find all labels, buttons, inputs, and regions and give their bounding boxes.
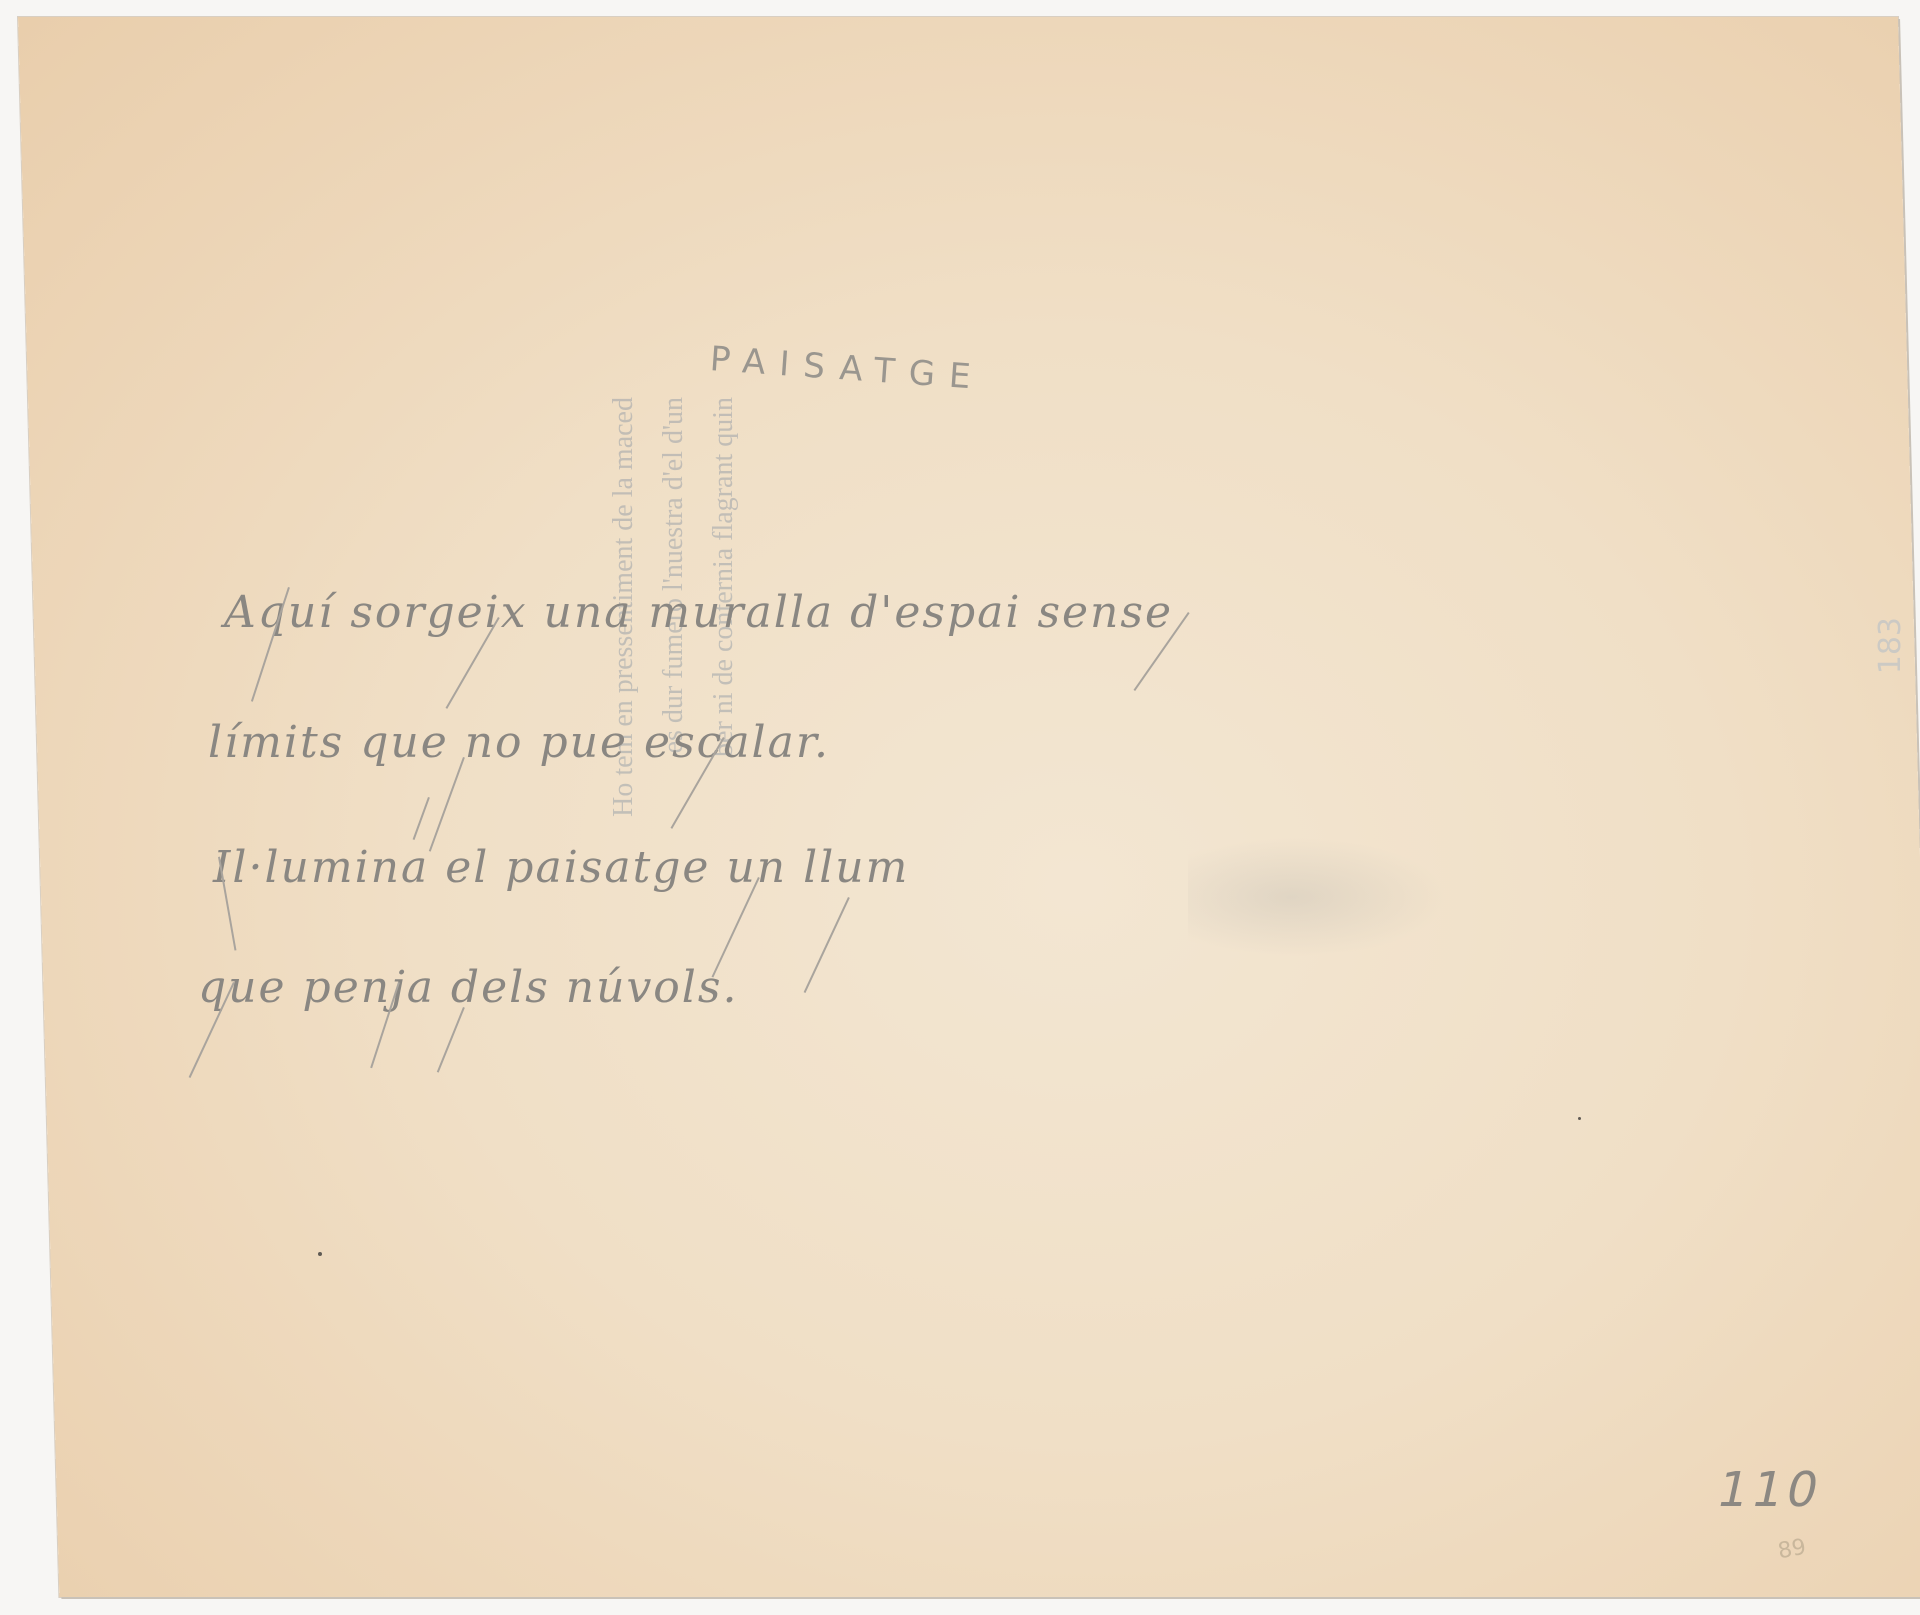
margin-number: 183 — [1873, 617, 1908, 674]
manuscript-page: Ho tem en pressentiment de la maced es d… — [18, 17, 1920, 1597]
pen-stroke — [413, 797, 430, 840]
pen-stroke — [429, 757, 465, 852]
pen-stroke — [804, 897, 850, 993]
page-content: Ho tem en pressentiment de la maced es d… — [18, 17, 1898, 1597]
poem-line-2: límits que no pue escalar. — [208, 717, 830, 768]
show-through-print: Ho tem en pressentiment de la maced es d… — [598, 397, 748, 1197]
show-through-column: ber ni de conternia flagrant quin — [708, 397, 740, 757]
poem-line-4: que penja dels núvols. — [198, 962, 738, 1013]
page-number: 110 — [1712, 1462, 1828, 1518]
page-number-secondary: 89 — [1776, 1535, 1808, 1564]
poem-line-1: Aquí sorgeix una muralla d'espai sense — [224, 587, 1173, 638]
poem-line-3: Il·lumina el paisatge un llum — [213, 842, 909, 893]
ink-speck — [1578, 1117, 1581, 1120]
pen-stroke — [437, 1007, 465, 1073]
erasure-smudge — [1188, 837, 1448, 957]
ink-speck — [318, 1252, 322, 1256]
show-through-column: es dur fumero l'nuestra d'el d'un — [658, 397, 690, 753]
poem-title: PAISATGE — [709, 339, 986, 398]
